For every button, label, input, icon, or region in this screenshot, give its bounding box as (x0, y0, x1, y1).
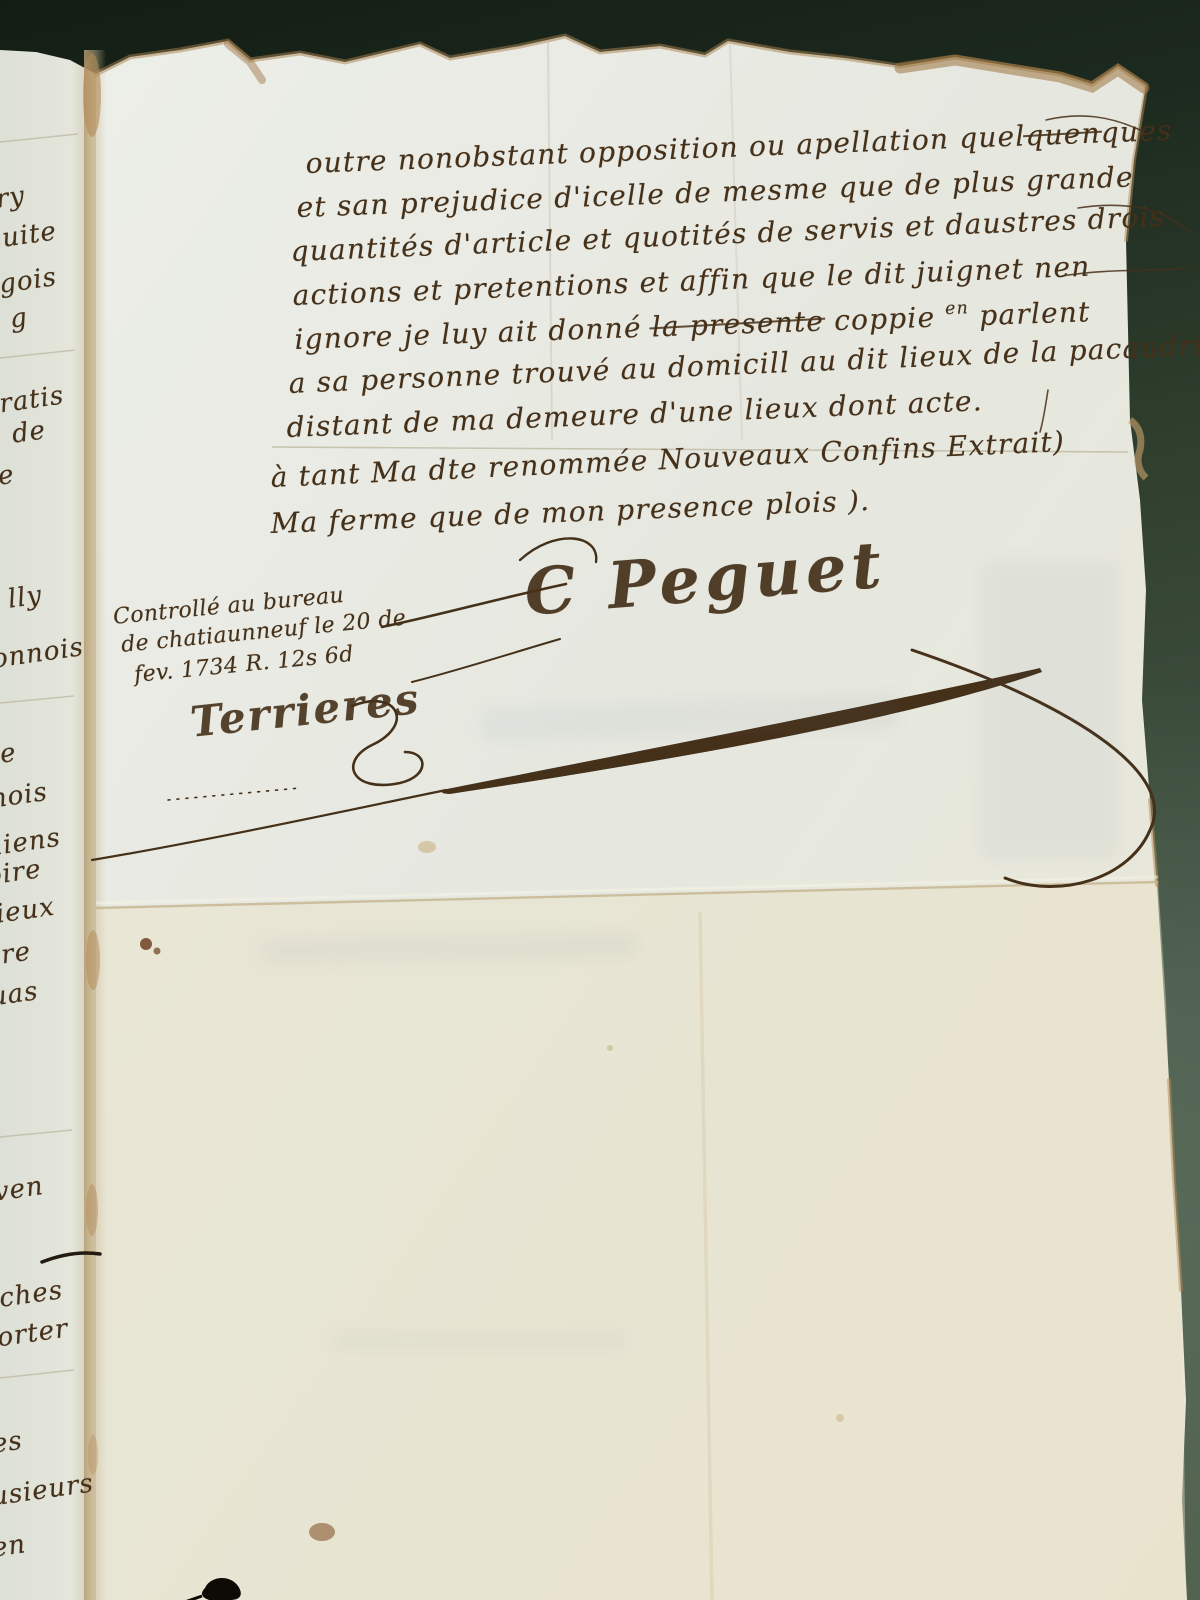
strikethrough-text: quen (1025, 116, 1102, 152)
body-text-segment: en (945, 298, 970, 319)
left-page-word-fragment: ry (0, 181, 27, 215)
paper-lower-tone (96, 882, 1186, 1600)
left-page-word-fragment: lly (6, 580, 44, 614)
body-text-segment: parlent (969, 295, 1091, 332)
body-text-segment: ques (1100, 114, 1173, 150)
left-page-word-fragment: g (8, 303, 30, 335)
left-page-word-fragment: es (0, 1426, 25, 1460)
left-page-word-fragment: en (0, 1529, 28, 1563)
manuscript-photo: outre nonobstant opposition ou apellatio… (0, 0, 1200, 1600)
fold-damage-mid (86, 930, 100, 990)
left-page-word-fragment: de (10, 415, 48, 449)
strikethrough-text: la presente (651, 305, 824, 344)
body-text-segment: coppie (824, 300, 946, 337)
fold-damage-low (86, 1184, 98, 1236)
left-page-word-fragment: ire (0, 937, 33, 972)
left-fold-crease (84, 50, 106, 1600)
fold-damage-top (83, 53, 101, 137)
